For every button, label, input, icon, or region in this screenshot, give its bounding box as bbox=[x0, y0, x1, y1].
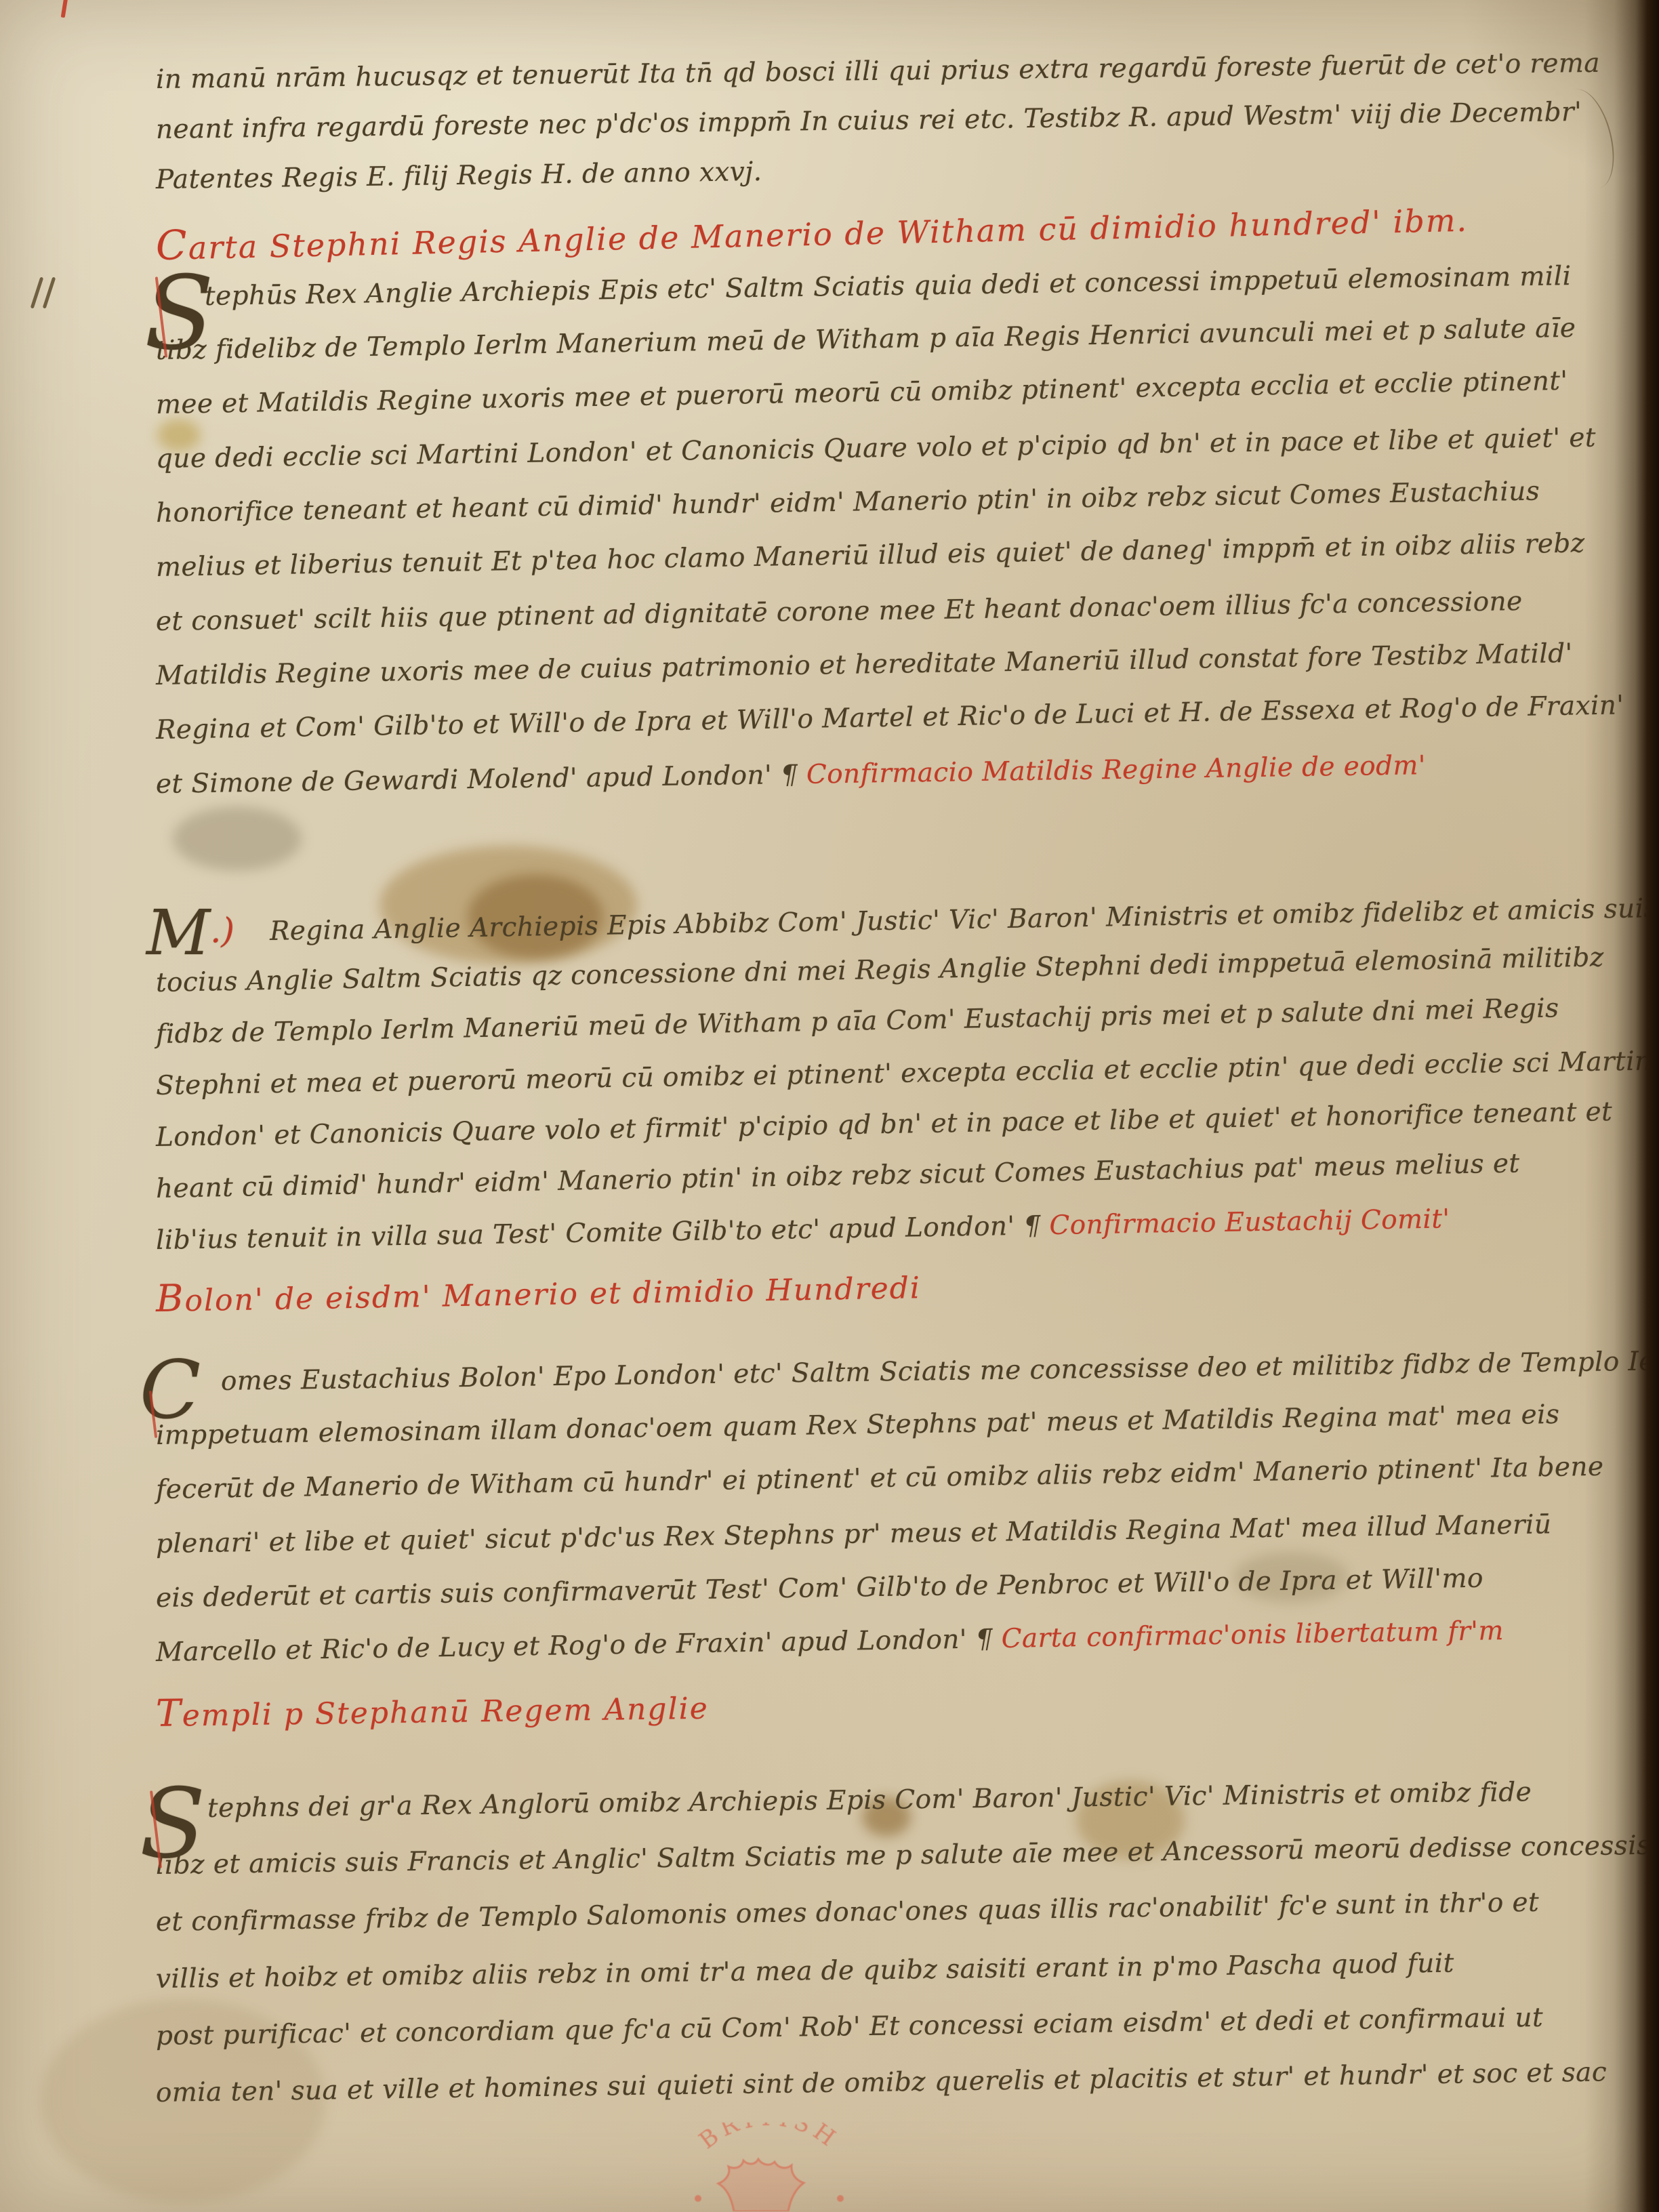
manuscript-line: lib'ius tenuit in villa sua Test' Comite… bbox=[156, 1204, 1450, 1256]
text-segment: London' et Canonicis Quare volo et firmi… bbox=[156, 1097, 1613, 1153]
manuscript-line: mee et Matildis Regine uxoris mee et pue… bbox=[156, 366, 1568, 420]
text-segment: Carta Stephni Regis Anglie de Manerio de… bbox=[155, 202, 1468, 267]
text-segment: honorifice teneant et heant cū dimid' hu… bbox=[156, 476, 1540, 529]
text-segment: Regina et Com' Gilb'to et Will'o de Ipra… bbox=[156, 690, 1624, 745]
manuscript-line: plenari' et libe et quiet' sicut p'dc'us… bbox=[156, 1509, 1552, 1559]
stamp-dot bbox=[837, 2195, 844, 2202]
text-segment: Carta confirmac'onis libertatum fr'm bbox=[1001, 1616, 1504, 1654]
text-segment: Confirmacio Matildis Regine Anglie de eo… bbox=[806, 750, 1427, 790]
decorated-initial: C bbox=[140, 1354, 201, 1426]
text-segment: neant infra regardū foreste nec p'dc'os … bbox=[156, 97, 1582, 145]
red-ink-tick bbox=[61, 0, 68, 18]
text-segment: et Simone de Gewardi Molend' apud London… bbox=[156, 760, 807, 800]
initial-flourish: .) bbox=[210, 910, 234, 950]
text-segment: plenari' et libe et quiet' sicut p'dc'us… bbox=[156, 1509, 1552, 1559]
manuscript-line: libz et amicis suis Francis et Anglic' S… bbox=[156, 1830, 1659, 1881]
text-segment: omes Eustachius Bolon' Epo London' etc' … bbox=[221, 1345, 1659, 1397]
manuscript-line: tephūs Rex Anglie Archiepis Epis etc' Sa… bbox=[205, 261, 1572, 312]
british-museum-stamp: BRITISH bbox=[664, 2123, 874, 2211]
manuscript-line: omia ten' sua et ville et homines sui qu… bbox=[156, 2057, 1607, 2108]
manuscript-line: villis et hoibz et omibz aliis rebz in o… bbox=[156, 1948, 1454, 1994]
text-segment: que dedi ecclie sci Martini London' et C… bbox=[156, 422, 1597, 474]
manuscript-line: post purificac' et concordiam que fc'a c… bbox=[156, 2003, 1544, 2051]
crown-icon bbox=[718, 2159, 804, 2211]
text-segment: tibz fidelibz de Templo Ierlm Manerium m… bbox=[156, 313, 1576, 366]
manuscript-line: eis dederūt et cartis suis confirmaverūt… bbox=[156, 1563, 1483, 1614]
text-segment: tephūs Rex Anglie Archiepis Epis etc' Sa… bbox=[205, 261, 1572, 312]
text-segment: Templi p Stephanū Regem Anglie bbox=[156, 1692, 709, 1734]
manuscript-line: melius et liberius tenuit Et p'tea hoc c… bbox=[156, 528, 1585, 583]
manuscript-line: et confirmasse fribz de Templo Salomonis… bbox=[156, 1887, 1540, 1938]
stamp-arc-text: BRITISH bbox=[694, 2123, 844, 2154]
text-segment: heant cū dimid' hundr' eidm' Manerio pti… bbox=[156, 1148, 1520, 1204]
text-segment: imppetuam elemosinam illam donac'oem qua… bbox=[156, 1399, 1560, 1451]
text-segment: Stephni et mea et puerorū meorū cū omibz… bbox=[156, 1046, 1659, 1101]
book-gutter-edge bbox=[1584, 0, 1659, 2212]
text-segment: eis dederūt et cartis suis confirmaverūt… bbox=[156, 1563, 1483, 1614]
manuscript-page: in manū nrām hucusqz et tenuerūt Ita tn̄… bbox=[0, 0, 1659, 2212]
manuscript-line: tocius Anglie Saltm Sciatis qz concessio… bbox=[156, 942, 1604, 998]
text-segment: et confirmasse fribz de Templo Salomonis… bbox=[156, 1887, 1540, 1938]
manuscript-line: Stephni et mea et puerorū meorū cū omibz… bbox=[156, 1046, 1659, 1101]
text-segment: Bolon' de eisdm' Manerio et dimidio Hund… bbox=[156, 1271, 922, 1319]
text-segment: Confirmacio Eustachij Comit' bbox=[1049, 1204, 1450, 1241]
quire-mark bbox=[35, 276, 69, 317]
manuscript-line: et consuet' scilt hiis que ptinent ad di… bbox=[156, 586, 1523, 637]
manuscript-line: et Simone de Gewardi Molend' apud London… bbox=[156, 750, 1427, 800]
text-segment: libz et amicis suis Francis et Anglic' S… bbox=[156, 1830, 1659, 1881]
manuscript-line: neant infra regardū foreste nec p'dc'os … bbox=[156, 97, 1582, 145]
manuscript-line: Regina et Com' Gilb'to et Will'o de Ipra… bbox=[156, 690, 1624, 745]
text-segment: fidbz de Templo Ierlm Maneriū meū de Wit… bbox=[156, 993, 1559, 1050]
text-segment: melius et liberius tenuit Et p'tea hoc c… bbox=[156, 528, 1585, 583]
text-segment: fecerūt de Manerio de Witham cū hundr' e… bbox=[156, 1452, 1604, 1505]
manuscript-line: Matildis Regine uxoris mee de cuius patr… bbox=[156, 638, 1573, 691]
stain bbox=[173, 806, 302, 871]
manuscript-line: London' et Canonicis Quare volo et firmi… bbox=[156, 1097, 1613, 1153]
text-segment: mee et Matildis Regine uxoris mee et pue… bbox=[156, 366, 1568, 420]
text-segment: omia ten' sua et ville et homines sui qu… bbox=[156, 2057, 1607, 2108]
manuscript-line: Templi p Stephanū Regem Anglie bbox=[156, 1684, 710, 1735]
manuscript-line: Marcello et Ric'o de Lucy et Rog'o de Fr… bbox=[156, 1616, 1504, 1668]
text-segment: Patentes Regis E. filij Regis H. de anno… bbox=[156, 157, 762, 195]
manuscript-line: Carta Stephni Regis Anglie de Manerio de… bbox=[155, 194, 1468, 270]
quire-mark-stroke bbox=[30, 276, 44, 308]
manuscript-line: Patentes Regis E. filij Regis H. de anno… bbox=[156, 157, 762, 195]
text-segment: villis et hoibz et omibz aliis rebz in o… bbox=[156, 1948, 1454, 1994]
manuscript-line: fidbz de Templo Ierlm Maneriū meū de Wit… bbox=[156, 993, 1559, 1050]
text-segment: tocius Anglie Saltm Sciatis qz concessio… bbox=[156, 942, 1604, 998]
manuscript-line: fecerūt de Manerio de Witham cū hundr' e… bbox=[156, 1452, 1604, 1505]
decorated-initial: M.) bbox=[146, 905, 234, 962]
text-segment: et consuet' scilt hiis que ptinent ad di… bbox=[156, 586, 1523, 637]
manuscript-line: omes Eustachius Bolon' Epo London' etc' … bbox=[221, 1345, 1659, 1397]
manuscript-line: Bolon' de eisdm' Manerio et dimidio Hund… bbox=[155, 1263, 921, 1320]
stamp-dot bbox=[695, 2195, 701, 2202]
text-segment: Marcello et Ric'o de Lucy et Rog'o de Fr… bbox=[156, 1624, 1002, 1668]
initial-glyph: M bbox=[146, 897, 210, 969]
manuscript-line: honorifice teneant et heant cū dimid' hu… bbox=[156, 476, 1540, 529]
text-segment: Matildis Regine uxoris mee de cuius patr… bbox=[156, 638, 1573, 691]
text-segment: lib'ius tenuit in villa sua Test' Comite… bbox=[156, 1210, 1050, 1256]
manuscript-line: que dedi ecclie sci Martini London' et C… bbox=[156, 422, 1597, 474]
quire-mark-stroke bbox=[43, 276, 56, 308]
manuscript-line: imppetuam elemosinam illam donac'oem qua… bbox=[156, 1399, 1560, 1451]
manuscript-line: tibz fidelibz de Templo Ierlm Manerium m… bbox=[156, 313, 1576, 366]
text-segment: post purificac' et concordiam que fc'a c… bbox=[156, 2003, 1544, 2051]
manuscript-line: heant cū dimid' hundr' eidm' Manerio pti… bbox=[156, 1148, 1520, 1204]
